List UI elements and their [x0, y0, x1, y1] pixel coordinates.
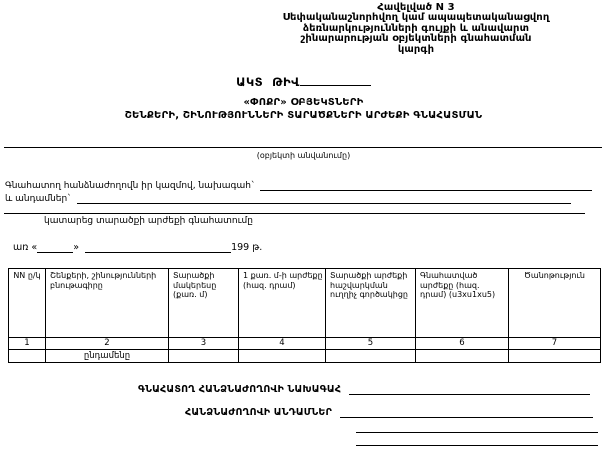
col-header-area: Տարածքի մակերեսը (քառ. մ) [169, 269, 239, 338]
annex-reference-block: Հավելված N 3 Սեփականաշնորհվող կամ ապապետ… [228, 3, 604, 55]
signature-members-blank-line2 [356, 432, 598, 433]
total-empty-cell [239, 350, 326, 363]
signature-members-blank-line3 [356, 445, 598, 446]
col-number: 5 [326, 338, 416, 350]
object-name-caption: (օբյեկտի անվանումը) [0, 151, 607, 160]
document-title-line1: «ՓՈՔՐ» ՕԲՅԵԿՏՆԵՐԻ [0, 97, 607, 108]
table-total-row: ընդամենը [9, 350, 601, 363]
signature-members-label: ՀԱՆՁՆԱԺՈՂՈՎԻ ԱՆԴԱՄՆԵՐ [185, 407, 332, 418]
signature-chairman-blank [349, 382, 590, 395]
object-name-blank-line [4, 147, 602, 148]
col-number: 7 [509, 338, 601, 350]
commission-chairman-blank [260, 178, 592, 191]
commission-chairman-label: Գնահատող հանձնաժողովն իր կազմով, նախագահ… [5, 181, 255, 191]
commission-members-blank-line2 [4, 213, 585, 214]
total-empty-cell [169, 350, 239, 363]
signature-chairman-row: ԳՆԱՀԱՏՈՂ ՀԱՆՁՆԱԺՈՂՈՎԻ ՆԱԽԱԳԱՀ [138, 382, 590, 395]
date-month-blank [85, 241, 231, 253]
total-empty-cell [509, 350, 601, 363]
signature-members-row: ՀԱՆՁՆԱԺՈՂՈՎԻ ԱՆԴԱՄՆԵՐ [185, 405, 593, 418]
evaluation-table: NN ը/կ Շենքերի, շինությունների բնութագիր… [8, 268, 601, 363]
act-number-blank [300, 74, 371, 86]
act-number-line: ԱԿՏ ԹԻՎ [0, 74, 607, 89]
date-day-blank [37, 241, 73, 253]
commission-members-row: և անդամներ` [5, 191, 590, 204]
commission-chairman-row: Գնահատող հանձնաժողովն իր կազմով, նախագահ… [5, 178, 597, 191]
col-header-assessed-value: Գնահատված արժեքը (հազ. դրամ) (ս3xս1xս5) [416, 269, 509, 338]
col-header-unit-price: 1 քառ. մ-ի արժեքը (հազ. դրամ) [239, 269, 326, 338]
total-empty-cell [9, 350, 46, 363]
date-prefix: առ « [13, 242, 37, 253]
annex-line: կարգի [228, 45, 604, 55]
total-label-cell: ընդամենը [46, 350, 169, 363]
total-empty-cell [326, 350, 416, 363]
col-number: 3 [169, 338, 239, 350]
signature-chairman-label: ԳՆԱՀԱՏՈՂ ՀԱՆՁՆԱԺՈՂՈՎԻ ՆԱԽԱԳԱՀ [138, 384, 341, 395]
col-number: 4 [239, 338, 326, 350]
col-header-nn: NN ը/կ [9, 269, 46, 338]
commission-action-text: կատարեց տարածքի արժեքի գնահատումը [44, 216, 253, 226]
col-number: 1 [9, 338, 46, 350]
act-number-label: ԱԿՏ ԹԻՎ [236, 75, 300, 89]
table-header-row: NN ը/կ Շենքերի, շինությունների բնութագիր… [9, 269, 601, 338]
col-header-description: Շենքերի, շինությունների բնութագիրը [46, 269, 169, 338]
col-header-coefficient: Տարածքի արժեքի հաշվարկման ուղղիչ գործակի… [326, 269, 416, 338]
date-quote-close: » [73, 242, 79, 253]
col-header-notes: Ծանոթություն [509, 269, 601, 338]
signature-members-blank [340, 405, 593, 418]
act-form-document: Հավելված N 3 Սեփականաշնորհվող կամ ապապետ… [0, 0, 607, 453]
col-number: 6 [416, 338, 509, 350]
document-title-line2: ՇԵՆՔԵՐԻ, ՇԻՆՈՒԹՅՈՒՆՆԵՐԻ ՏԱՐԱԾՔՆԵՐԻ ԱՐԺԵՔ… [0, 110, 607, 121]
date-year-suffix: 199 թ. [231, 242, 262, 253]
commission-members-blank [77, 191, 571, 204]
date-row: առ «»199 թ. [13, 241, 262, 253]
col-number: 2 [46, 338, 169, 350]
table-column-number-row: 1 2 3 4 5 6 7 [9, 338, 601, 350]
total-empty-cell [416, 350, 509, 363]
commission-members-label: և անդամներ` [5, 194, 72, 204]
